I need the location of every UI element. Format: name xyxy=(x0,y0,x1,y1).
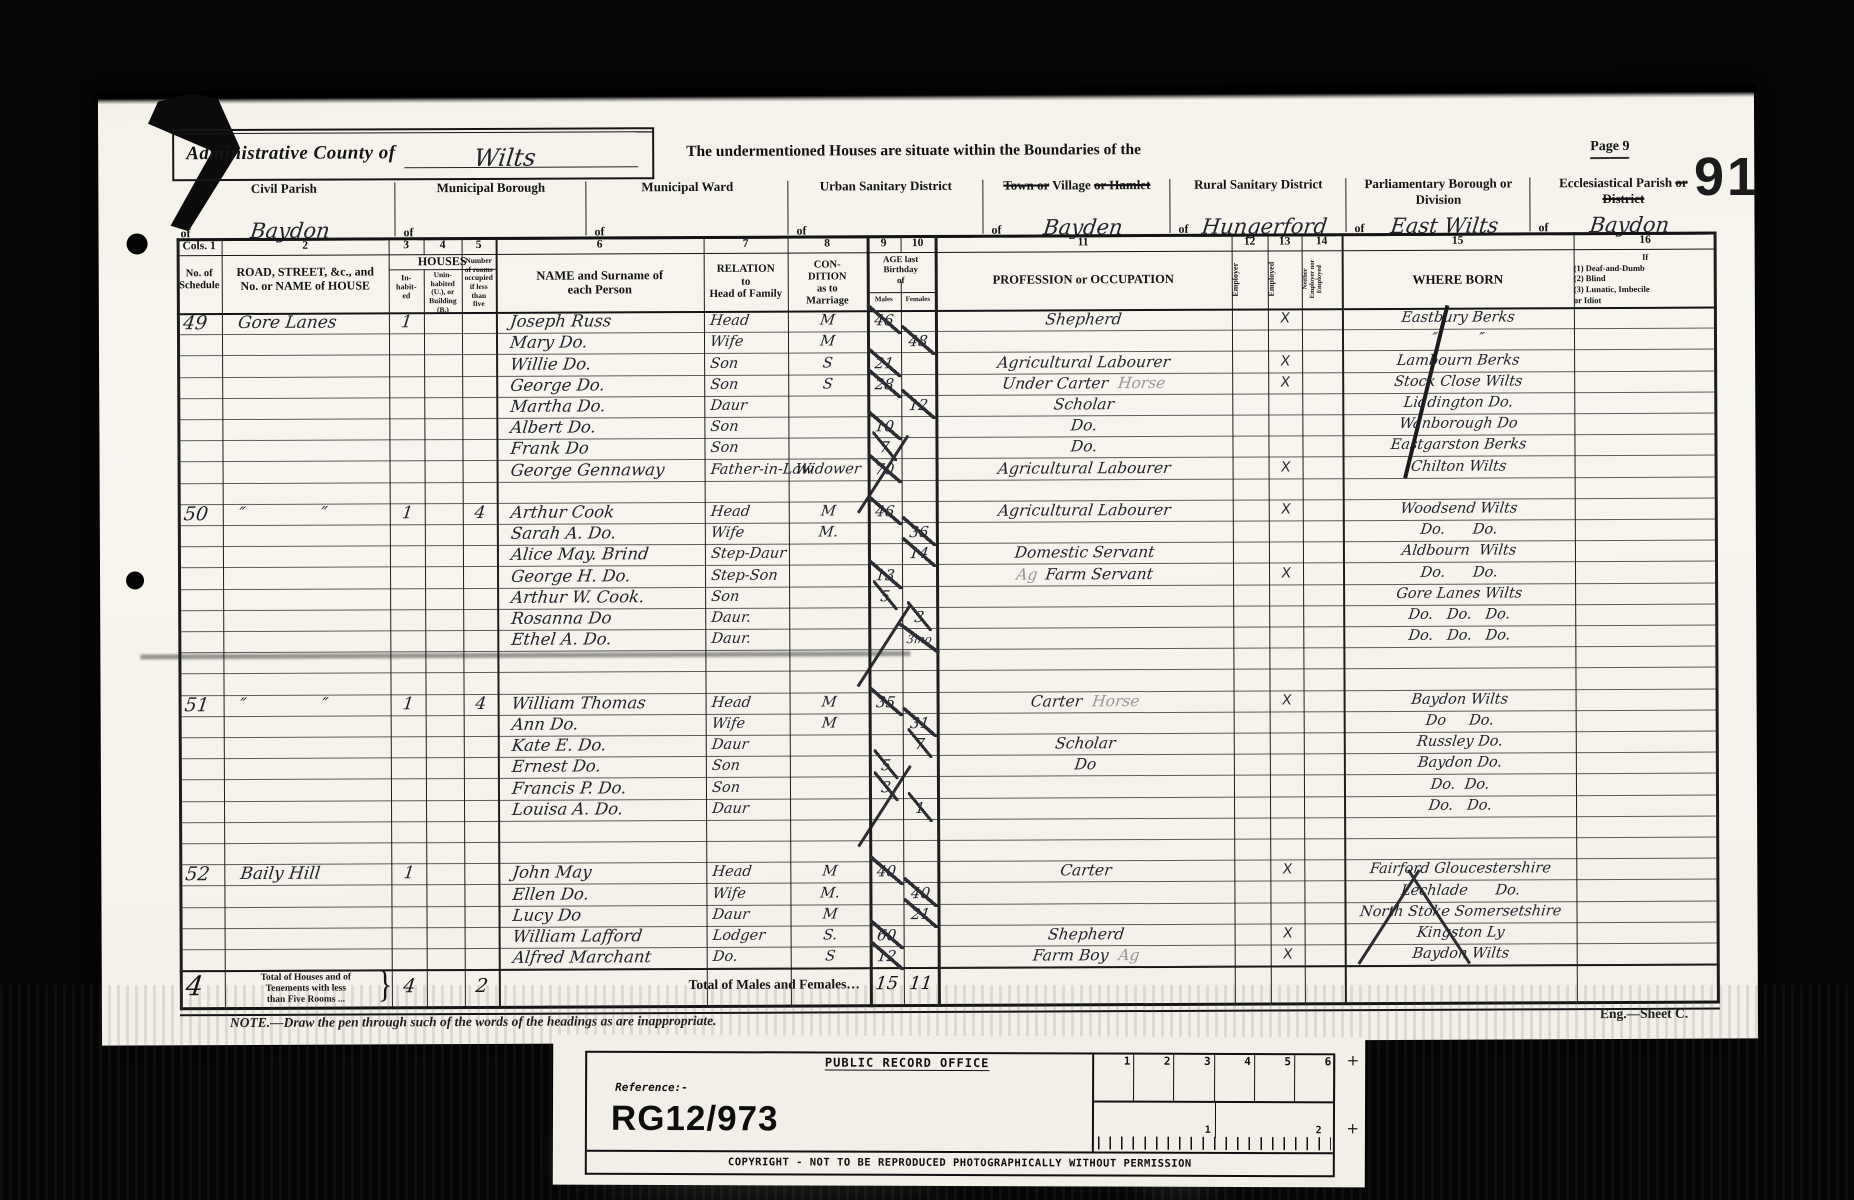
pro-reference-number: RG12/973 xyxy=(611,1099,779,1140)
cell-name: Joseph Russ xyxy=(495,311,720,334)
cell-where-born: Eastgarston Berks xyxy=(1341,435,1576,458)
age-value: 3 xyxy=(878,777,894,797)
profession-value: Agricultural Labourer xyxy=(997,501,1172,520)
district-label-part: Rural Sanitary District xyxy=(1194,176,1323,192)
cell-relation: Head xyxy=(703,502,796,524)
district-label-part: Town or xyxy=(1003,177,1049,192)
cell-condition: M. xyxy=(789,883,871,905)
cell-age-female: 21 xyxy=(902,904,939,926)
cell-condition: M xyxy=(787,332,869,354)
cell-name: John May xyxy=(497,862,722,885)
district-header-band: Civil ParishofBaydonMunicipal BoroughofM… xyxy=(98,86,1755,243)
header-employer: Employer xyxy=(1232,254,1268,306)
cell-relation: Son xyxy=(703,417,796,439)
district-3: Urban Sanitary Districtof xyxy=(788,178,983,241)
column-number: 2 xyxy=(222,238,389,254)
pro-copyright: COPYRIGHT - NOT TO BE REPRODUCED PHOTOGR… xyxy=(587,1150,1333,1176)
header-road: ROAD, STREET, &c., and No. or NAME of HO… xyxy=(222,265,389,293)
cell-where-born: Lambourn Berks xyxy=(1341,350,1576,373)
column-number: 7 xyxy=(704,237,788,252)
profession-value: Do. xyxy=(1070,438,1099,456)
cell-where-born: Baydon Do. xyxy=(1343,753,1578,776)
ruler-inch-2: 2 xyxy=(1316,1125,1322,1136)
cell-name: William Lafford xyxy=(497,926,722,949)
pencil-note: Horse xyxy=(1117,374,1167,392)
column-number: 5 xyxy=(462,238,496,253)
cell-relation: Daur xyxy=(703,396,796,418)
cell-name: Ann Do. xyxy=(496,714,721,737)
cell-where-born: Baydon Wilts xyxy=(1342,689,1577,712)
cell-employed: X xyxy=(1269,945,1306,967)
district-label-part: Municipal Ward xyxy=(641,179,733,194)
district-6: Parliamentary Borough or DivisionofEast … xyxy=(1346,175,1530,238)
cell-name: Alice May. Brind xyxy=(496,544,721,567)
cell-age-male: 40 xyxy=(868,861,905,883)
cell-employed: X xyxy=(1269,860,1306,882)
cell-name: Kate E. Do. xyxy=(496,735,721,758)
cell-employed: X xyxy=(1267,457,1304,479)
district-label: Town or Village or Hamlet xyxy=(983,177,1170,194)
cell-name: Frank Do xyxy=(495,438,720,461)
district-4: Town or Village or HamletofBayden xyxy=(983,177,1170,240)
cell-name: Ernest Do. xyxy=(497,756,722,779)
cell-relation: Daur. xyxy=(704,608,797,630)
cell-age-male: 28 xyxy=(866,374,903,396)
column-number: 3 xyxy=(389,238,424,253)
pro-office-title: PUBLIC RECORD OFFICE xyxy=(717,1055,1097,1070)
pencil-note: Horse xyxy=(1091,692,1141,710)
header-infirmities: If(1) Deaf-and-Dumb(2) Blind(3) Lunatic,… xyxy=(1574,252,1717,306)
cell-age-male: 3 xyxy=(868,777,905,799)
cell-condition: M xyxy=(788,692,870,714)
cell-rooms: 4 xyxy=(462,694,499,716)
district-5: Rural Sanitary DistrictofHungerford xyxy=(1170,176,1346,239)
district-label-part: Parliamentary Borough or Division xyxy=(1364,175,1512,207)
cell-employed: X xyxy=(1267,372,1304,394)
column-number: 14 xyxy=(1302,234,1342,249)
cell-where-born: Aldbourn Wilts xyxy=(1342,541,1577,564)
infirm-header-line: (1) Deaf-and-Dumb xyxy=(1574,262,1717,273)
cell-relation: Wife xyxy=(703,332,796,354)
cell-where-born: Wanborough Do xyxy=(1341,413,1576,436)
cell-name: Arthur Cook xyxy=(495,502,720,525)
cell-house: ″ ″ xyxy=(222,694,408,717)
column-number: 9 xyxy=(867,236,901,251)
cell-condition: M xyxy=(787,501,869,523)
age-value: 21 xyxy=(908,904,933,924)
cell-name: George H. Do. xyxy=(496,565,721,588)
cell-profession: Farm BoyAg xyxy=(936,945,1236,968)
district-label-part: Municipal Borough xyxy=(437,180,546,195)
profession-value: Under Carter xyxy=(1001,374,1109,392)
cell-name: George Do. xyxy=(495,375,720,398)
cell-condition: Widower xyxy=(787,459,869,481)
age-value: 48 xyxy=(905,331,930,351)
cell-where-born: Kingston Ly xyxy=(1343,922,1578,945)
district-0: Civil ParishofBaydon xyxy=(172,180,395,243)
cell-age-female: 3mo xyxy=(901,628,938,650)
cell-profession: Do. xyxy=(934,436,1234,459)
cell-where-born: Do. Do. xyxy=(1343,795,1578,818)
cell-where-born: Do. Do. Do. xyxy=(1342,625,1577,648)
hole-punch xyxy=(126,571,144,589)
header-where-born: WHERE BORN xyxy=(1342,272,1574,288)
cell-relation: Head xyxy=(705,862,798,884)
cell-condition: S xyxy=(789,946,871,968)
pencil-note: Ag xyxy=(1015,565,1038,583)
cell-relation: Son xyxy=(704,586,797,608)
cell-profession: Under CarterHorse xyxy=(934,372,1234,395)
registration-mark: + xyxy=(1346,1119,1359,1137)
cell-where-born: Fairford Gloucestershire xyxy=(1343,859,1578,882)
cell-relation: Father-in-Law xyxy=(703,459,796,481)
district-2: Municipal Wardof xyxy=(586,179,788,242)
cell-age-male: 5 xyxy=(867,586,904,608)
cell-where-born: Eastbury Berks xyxy=(1341,307,1576,330)
age-value: 46 xyxy=(872,501,897,521)
cell-name: Rosanna Do xyxy=(496,608,721,631)
district-label: Urban Sanitary District xyxy=(788,178,983,195)
cell-profession: Shepherd xyxy=(936,924,1236,947)
ruler-cm-cell: 1 xyxy=(1094,1054,1134,1100)
cell-relation: Do. xyxy=(705,947,798,969)
profession-value: Carter xyxy=(1030,692,1083,710)
district-label: Civil Parish xyxy=(172,180,395,197)
cell-house: ″ ″ xyxy=(221,503,407,526)
cell-house: Gore Lanes xyxy=(221,312,407,335)
cell-name: Sarah A. Do. xyxy=(496,523,721,546)
census-page: Administrative County of Wilts The under… xyxy=(98,86,1758,1045)
age-value: 1 xyxy=(912,798,928,818)
profession-value: Shepherd xyxy=(1044,310,1122,328)
cell-relation: Daur xyxy=(705,798,798,820)
column-number: 6 xyxy=(496,237,704,253)
cell-name: Alfred Marchant xyxy=(497,947,722,970)
column-number: 11 xyxy=(935,235,1232,251)
ruler-ticks xyxy=(1098,1136,1331,1150)
ruler-inch-row: 1 2 xyxy=(1094,1100,1335,1152)
ruler-divider xyxy=(1214,1101,1215,1138)
ruler-cm-cell: 2 xyxy=(1134,1055,1174,1101)
profession-value: Domestic Servant xyxy=(1014,543,1156,562)
district-1: Municipal Boroughof xyxy=(395,179,586,242)
ruler-cm-row: 123456 xyxy=(1094,1054,1335,1103)
cell-relation: Son xyxy=(705,777,798,799)
cell-age-female: 7 xyxy=(901,734,938,756)
header-neither: Neither Employer nor Employed xyxy=(1302,252,1342,306)
profession-value: Do. xyxy=(1070,416,1099,434)
cell-relation: Wife xyxy=(705,883,798,905)
cell-name: Ethel A. Do. xyxy=(496,629,721,652)
cell-employed: X xyxy=(1267,351,1304,373)
cell-where-born: Chilton Wilts xyxy=(1341,456,1576,479)
cell-name: Mary Do. xyxy=(495,332,720,355)
infirm-header-line: (3) Lunatic, Imbecile xyxy=(1574,283,1717,294)
header-schedule: No. of Schedule xyxy=(177,268,222,292)
district-label-part: Ecclesiastical Parish xyxy=(1559,175,1675,191)
cell-relation: Step-Daur xyxy=(704,544,797,566)
district-label: Municipal Ward xyxy=(586,179,788,196)
registration-mark: + xyxy=(1347,1051,1360,1069)
cell-where-born: Russley Do. xyxy=(1342,731,1577,754)
header-inhabited: In- habit- ed xyxy=(389,273,424,301)
age-value: 35 xyxy=(873,692,898,712)
cell-profession: CarterHorse xyxy=(935,690,1235,713)
cell-where-born: Baydon Wilts xyxy=(1343,943,1578,966)
cell-age-female: 14 xyxy=(901,543,938,565)
cell-profession: Do. xyxy=(934,415,1234,438)
column-number: Cols. 1 xyxy=(177,239,222,254)
cell-where-born: Do Do. xyxy=(1342,710,1577,733)
pencil-note: Ag xyxy=(1117,946,1140,964)
cell-age-female: 48 xyxy=(900,331,937,353)
cell-name: Louisa A. Do. xyxy=(497,799,722,822)
cell-condition: M xyxy=(789,904,871,926)
age-value: 7 xyxy=(912,734,928,754)
column-number: 16 xyxy=(1574,233,1717,249)
cell-relation: Head xyxy=(704,692,797,714)
archive-stamp: 91 xyxy=(1694,146,1760,208)
cell-age-male: 70 xyxy=(866,459,903,481)
column-number: 13 xyxy=(1268,234,1302,249)
cell-inhabited: 1 xyxy=(388,503,426,525)
profession-value: Farm Servant xyxy=(1044,565,1154,583)
cell-relation: Step-Son xyxy=(704,565,797,587)
cell-profession: AgFarm Servant xyxy=(935,563,1235,586)
age-value: 46 xyxy=(871,310,896,330)
cell-name: Willie Do. xyxy=(495,353,720,376)
header-name: NAME and Surname of each Person xyxy=(496,268,704,298)
cell-where-born: Gore Lanes Wilts xyxy=(1342,583,1577,606)
cell-name: George Gennaway xyxy=(495,459,720,482)
scale-ruler: 123456 1 2 xyxy=(1092,1054,1335,1152)
cell-profession: Shepherd xyxy=(934,309,1234,332)
district-label: Municipal Borough xyxy=(395,179,586,196)
header-profession: PROFESSION or OCCUPATION xyxy=(935,272,1232,288)
cell-inhabited: 1 xyxy=(389,694,427,716)
cell-relation: Son xyxy=(703,438,796,460)
column-number: 8 xyxy=(788,236,867,251)
ruler-cm-cell: 4 xyxy=(1215,1055,1255,1101)
cell-relation: Wife xyxy=(704,523,797,545)
age-value: 3mo xyxy=(904,629,936,649)
district-label: Rural Sanitary District xyxy=(1170,176,1346,193)
district-label: Parliamentary Borough or Division xyxy=(1346,175,1530,208)
cell-where-born: ″ ″ xyxy=(1341,329,1576,352)
ruler-cm-cell: 3 xyxy=(1174,1055,1214,1101)
cell-age-female: 1 xyxy=(902,798,939,820)
cell-name: Martha Do. xyxy=(495,396,720,419)
profession-value: Agricultural Labourer xyxy=(996,353,1171,372)
header-uninhabited: Unin- habited (U.), or Building (B.) xyxy=(424,271,462,314)
header-rooms: Number of rooms occupied if less than fi… xyxy=(462,257,496,309)
cell-condition: M. xyxy=(788,522,870,544)
infirm-header-line: (2) Blind xyxy=(1574,273,1717,284)
pro-box: PUBLIC RECORD OFFICE Reference:- RG12/97… xyxy=(585,1051,1335,1178)
cell-where-born: Liddington Do. xyxy=(1341,392,1576,415)
cell-age-female: 12 xyxy=(900,395,937,417)
district-label-part: or Hamlet xyxy=(1094,177,1151,192)
pro-reference-label: Reference:- xyxy=(615,1081,688,1094)
cell-relation: Daur xyxy=(704,735,797,757)
cell-relation: Son xyxy=(703,353,796,375)
cell-inhabited: 1 xyxy=(390,864,428,886)
cell-relation: Son xyxy=(703,374,796,396)
cell-inhabited: 1 xyxy=(388,312,426,334)
cell-employed: X xyxy=(1269,923,1306,945)
header-relation: RELATION to Head of Family xyxy=(704,263,788,301)
ruler-inch-1: 1 xyxy=(1205,1125,1211,1136)
cell-condition: M xyxy=(789,862,871,884)
cell-employed: X xyxy=(1267,499,1304,521)
header-females: Females xyxy=(901,295,935,303)
age-value: 5 xyxy=(877,586,893,606)
district-label: Ecclesiastical Parish or District xyxy=(1530,175,1716,208)
cell-profession: Agricultural Labourer xyxy=(934,500,1234,523)
cell-where-born: Do. Do. Do. xyxy=(1342,604,1577,627)
public-record-office-strip: PUBLIC RECORD OFFICE Reference:- RG12/97… xyxy=(553,1035,1366,1188)
cell-profession: Scholar xyxy=(935,733,1235,756)
scan-background: Administrative County of Wilts The under… xyxy=(0,0,1854,1200)
district-label-part: Urban Sanitary District xyxy=(820,178,952,194)
cell-profession: Agricultural Labourer xyxy=(934,457,1234,480)
cell-where-born: Stock Close Wilts xyxy=(1341,371,1576,394)
column-number: 15 xyxy=(1342,233,1574,249)
cell-condition: S xyxy=(787,374,869,396)
cell-age-male: 46 xyxy=(866,501,903,523)
header-employed: Employed xyxy=(1268,253,1302,305)
header-condition: CON- DITION as to Marriage xyxy=(788,259,867,308)
cell-employed: X xyxy=(1268,563,1305,585)
cell-relation: Son xyxy=(705,756,798,778)
column-number: 4 xyxy=(424,238,462,253)
column-number: 12 xyxy=(1232,235,1268,250)
cell-where-born: Do. Do. xyxy=(1342,562,1577,585)
profession-value: Farm Boy xyxy=(1032,946,1110,964)
age-value: 12 xyxy=(874,946,899,966)
cell-condition: S. xyxy=(789,925,871,947)
age-value: 40 xyxy=(874,862,899,882)
cell-house: Baily Hill xyxy=(223,864,409,887)
ruler-cm-cell: 6 xyxy=(1295,1055,1335,1101)
cell-relation: Daur xyxy=(705,904,798,926)
cell-age-male: 46 xyxy=(866,310,903,332)
cell-where-born: North Stoke Somersetshire xyxy=(1343,901,1578,924)
cell-condition: M xyxy=(787,310,869,332)
infirm-header-line: or Idiot xyxy=(1574,294,1717,305)
profession-value: Carter xyxy=(1059,862,1112,880)
age-value: 12 xyxy=(906,395,931,415)
cell-employed: X xyxy=(1267,309,1304,331)
ruler-cm-cell: 5 xyxy=(1255,1055,1295,1101)
cell-profession: Scholar xyxy=(934,394,1234,417)
cell-where-born: Do. Do. xyxy=(1343,774,1578,797)
cell-where-born: Woodsend Wilts xyxy=(1341,498,1576,521)
district-7: Ecclesiastical Parish or DistrictofBaydo… xyxy=(1530,175,1716,238)
cell-where-born: Do. Do. xyxy=(1342,519,1577,542)
cell-relation: Wife xyxy=(704,714,797,736)
cell-profession: Carter xyxy=(936,860,1236,883)
age-value: 14 xyxy=(906,543,931,563)
age-value: 70 xyxy=(872,459,897,479)
cell-name: Arthur W. Cook. xyxy=(496,587,721,610)
age-value: 28 xyxy=(872,374,897,394)
cell-relation: Daur. xyxy=(704,629,797,651)
census-table: No. of Schedule ROAD, STREET, &c., and N… xyxy=(177,232,1720,1011)
profession-value: Shepherd xyxy=(1047,925,1125,943)
cell-name: William Thomas xyxy=(496,693,721,716)
district-label-part: Village xyxy=(1049,177,1094,192)
cell-name: Francis P. Do. xyxy=(497,777,722,800)
column-number: 10 xyxy=(901,236,935,251)
cell-profession: Do xyxy=(936,754,1236,777)
cell-name: Ellen Do. xyxy=(497,883,722,906)
cell-profession: Domestic Servant xyxy=(935,542,1235,565)
cell-profession: Agricultural Labourer xyxy=(934,351,1234,374)
profession-value: Scholar xyxy=(1054,734,1116,752)
cell-condition: M xyxy=(788,713,870,735)
header-males: Males xyxy=(867,295,901,303)
cell-relation: Lodger xyxy=(705,926,798,948)
cell-name: Albert Do. xyxy=(495,417,720,440)
cell-employed: X xyxy=(1268,690,1305,712)
cell-age-male: 12 xyxy=(868,946,905,968)
cell-condition: S xyxy=(787,353,869,375)
cell-relation: Head xyxy=(703,311,796,333)
cell-rooms: 4 xyxy=(461,503,498,525)
infirm-header-line: If xyxy=(1574,252,1717,263)
cell-name: Lucy Do xyxy=(497,905,722,928)
cell-age-male: 35 xyxy=(867,692,904,714)
profession-value: Agricultural Labourer xyxy=(997,459,1172,478)
profession-value: Scholar xyxy=(1053,395,1115,413)
cell-where-born: Lechlade Do. xyxy=(1343,880,1578,903)
profession-value: Do xyxy=(1074,756,1098,774)
district-label-part: Civil Parish xyxy=(251,181,317,196)
